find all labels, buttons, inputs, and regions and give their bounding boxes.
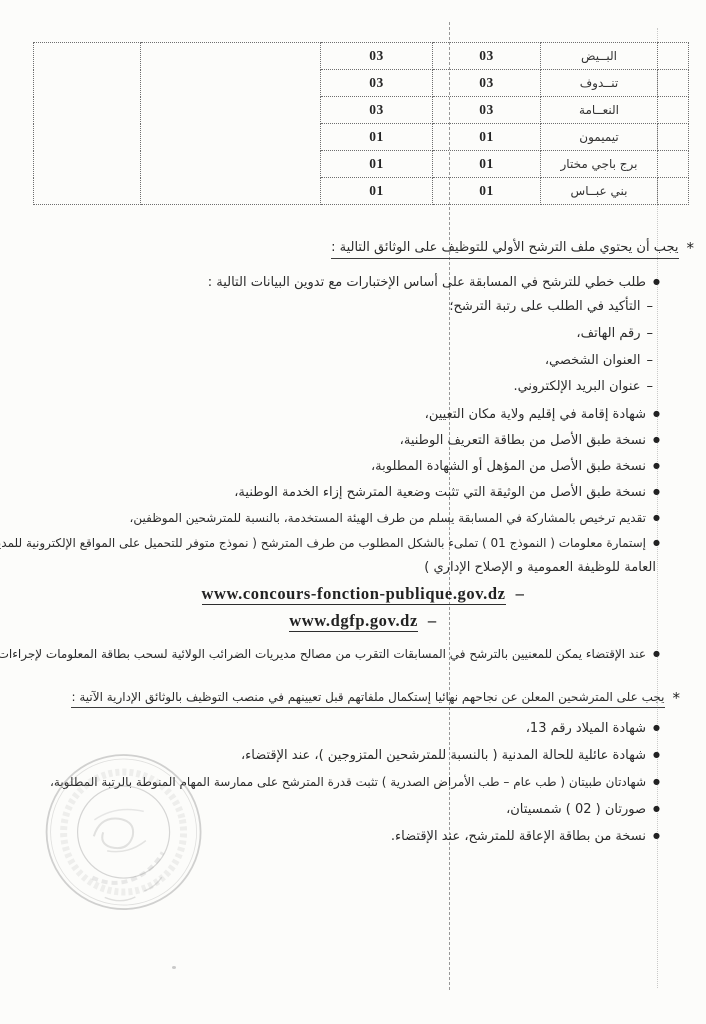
posts-count-a: 03 [321,97,433,124]
bullet-icon: ● [653,772,660,791]
dash-item-rank-confirmation: –التأكيد في الطلب على رتبة الترشح؛ [449,297,653,316]
wilaya-name: بني عبــاس [541,178,658,205]
empty-edge-cell [658,124,689,151]
wilaya-name: تنــدوف [541,70,658,97]
wilaya-name: تيميمون [541,124,658,151]
wilaya-name: النعــامة [541,97,658,124]
bullet-icon: ● [653,508,660,527]
wilaya-name: برج باجي مختار [541,151,658,178]
bullet-icon: ● [653,404,660,423]
empty-edge-cell [658,97,689,124]
dash-icon: – [516,584,525,603]
bullet-text: العامة للوظيفة العمومية و الإصلاح الإدار… [424,560,656,575]
dgfp-url[interactable]: www.dgfp.gov.dz– [20,611,706,631]
bullet-item-application-request: ●طلب خطي للترشح في المسابقة على أساس الإ… [208,272,660,292]
bullet-icon: ● [653,799,660,818]
scan-speck [172,966,176,969]
bullet-text: عند الإقتضاء يمكن للمعنيين بالترشح في ال… [0,647,646,661]
bullet-text: إستمارة معلومات ( النموذج 01 ) تملىء بال… [0,536,646,550]
posts-count-b: 01 [433,151,541,178]
requirements1-heading: *يجب أن يحتوي ملف الترشح الأولي للتوظيف … [331,238,694,258]
bullet-text: نسخة طبق الأصل من الوثيقة التي تثبت وضعي… [234,485,646,500]
bullet-text: شهادة الميلاد رقم 13، [526,721,646,736]
bullet-icon: ● [653,644,660,663]
dash-icon: – [428,611,437,630]
bullet-item-information-form: ●إستمارة معلومات ( النموذج 01 ) تملىء با… [0,533,660,553]
bullet-item-disability-card-copy: ●نسخة من بطاقة الإعاقة للمترشح، عند الإق… [391,826,660,846]
scanned-document-page: 03 03 البــيض 03 03 تنــدوف 03 03 النعــ… [0,0,706,1024]
dash-text: رقم الهاتف، [576,326,640,341]
bullet-item-national-service-document: ●نسخة طبق الأصل من الوثيقة التي تثبت وضع… [234,482,660,502]
dash-icon: – [647,324,654,343]
bullet-item-diploma-copy: ●نسخة طبق الأصل من المؤهل أو الشهادة الم… [371,456,660,476]
empty-edge-cell [658,43,689,70]
requirements2-heading-text: يجب على المترشحين المعلن عن نجاحهم نهائي… [71,690,664,708]
bullet-icon: ● [653,826,660,845]
positions-per-wilaya-table: 03 03 البــيض 03 03 تنــدوف 03 03 النعــ… [33,42,689,205]
posts-count-b: 01 [433,124,541,151]
dash-item-personal-address: –العنوان الشخصي، [545,351,653,370]
dash-item-phone-number: –رقم الهاتف، [576,324,653,343]
dash-icon: – [647,351,654,370]
concours-url[interactable]: www.concours-fonction-publique.gov.dz– [20,584,706,604]
bullet-item-birth-certificate: ●شهادة الميلاد رقم 13، [526,718,660,738]
empty-merged-cell-2 [141,43,321,205]
bullet-item-participation-authorization: ●تقديم ترخيص بالمشاركة في المسابقة يسلم … [130,508,660,528]
bullet-text: صورتان ( 02 ) شمسيتان، [506,802,646,817]
bullet-text: شهادة إقامة في إقليم ولاية مكان التعيين، [425,407,646,422]
posts-count-a: 03 [321,70,433,97]
bullet-text: نسخة طبق الأصل من بطاقة التعريف الوطنية، [400,433,646,448]
posts-count-b: 01 [433,178,541,205]
empty-edge-cell [658,151,689,178]
bullet-icon: ● [653,482,660,501]
asterisk-icon: * [673,689,681,708]
official-stamp [32,742,217,932]
empty-edge-cell [658,178,689,205]
dash-item-email-address: –عنوان البريد الإلكتروني. [513,377,653,396]
dash-icon: – [647,297,654,316]
dash-text: التأكيد في الطلب على رتبة الترشح؛ [449,299,640,314]
bullet-item-information-form-continuation: العامة للوظيفة العمومية و الإصلاح الإدار… [424,558,656,577]
bullet-item-photos: ●صورتان ( 02 ) شمسيتان، [506,799,660,819]
bullet-item-residence-certificate: ●شهادة إقامة في إقليم ولاية مكان التعيين… [425,404,660,424]
asterisk-icon: * [687,239,695,258]
wilaya-name: البــيض [541,43,658,70]
posts-count-a: 01 [321,178,433,205]
bullet-icon: ● [653,272,660,291]
bullet-item-id-card-copy: ●نسخة طبق الأصل من بطاقة التعريف الوطنية… [400,430,660,450]
bullet-icon: ● [653,533,660,552]
posts-count-a: 01 [321,151,433,178]
bullet-text: شهادة عائلية للحالة المدنية ( بالنسبة لل… [241,748,646,763]
posts-count-b: 03 [433,43,541,70]
bullet-text: نسخة طبق الأصل من المؤهل أو الشهادة المط… [371,459,646,474]
bullet-icon: ● [653,718,660,737]
posts-count-a: 03 [321,43,433,70]
bullet-text: نسخة من بطاقة الإعاقة للمترشح، عند الإقت… [391,829,646,844]
bullet-icon: ● [653,456,660,475]
empty-edge-cell [658,70,689,97]
dash-text: العنوان الشخصي، [545,353,641,368]
dash-icon: – [647,377,654,396]
table-row: 03 03 البــيض [34,43,689,70]
dgfp-url-text[interactable]: www.dgfp.gov.dz [289,611,418,632]
posts-count-b: 03 [433,70,541,97]
bullet-text: تقديم ترخيص بالمشاركة في المسابقة يسلم م… [130,511,646,525]
dash-text: عنوان البريد الإلكتروني. [513,379,640,394]
posts-count-a: 01 [321,124,433,151]
bullet-item-tax-note: ●عند الإقتضاء يمكن للمعنيين بالترشح في ا… [0,644,660,664]
bullet-icon: ● [653,745,660,764]
posts-count-b: 03 [433,97,541,124]
bullet-item-family-certificate: ●شهادة عائلية للحالة المدنية ( بالنسبة ل… [241,745,660,765]
requirements1-heading-text: يجب أن يحتوي ملف الترشح الأولي للتوظيف ع… [331,240,678,259]
requirements2-heading: *يجب على المترشحين المعلن عن نجاحهم نهائ… [71,688,680,708]
bullet-icon: ● [653,430,660,449]
concours-url-text[interactable]: www.concours-fonction-publique.gov.dz [202,584,506,605]
bullet-text: طلب خطي للترشح في المسابقة على أساس الإخ… [208,275,646,290]
empty-merged-cell-1 [34,43,141,205]
